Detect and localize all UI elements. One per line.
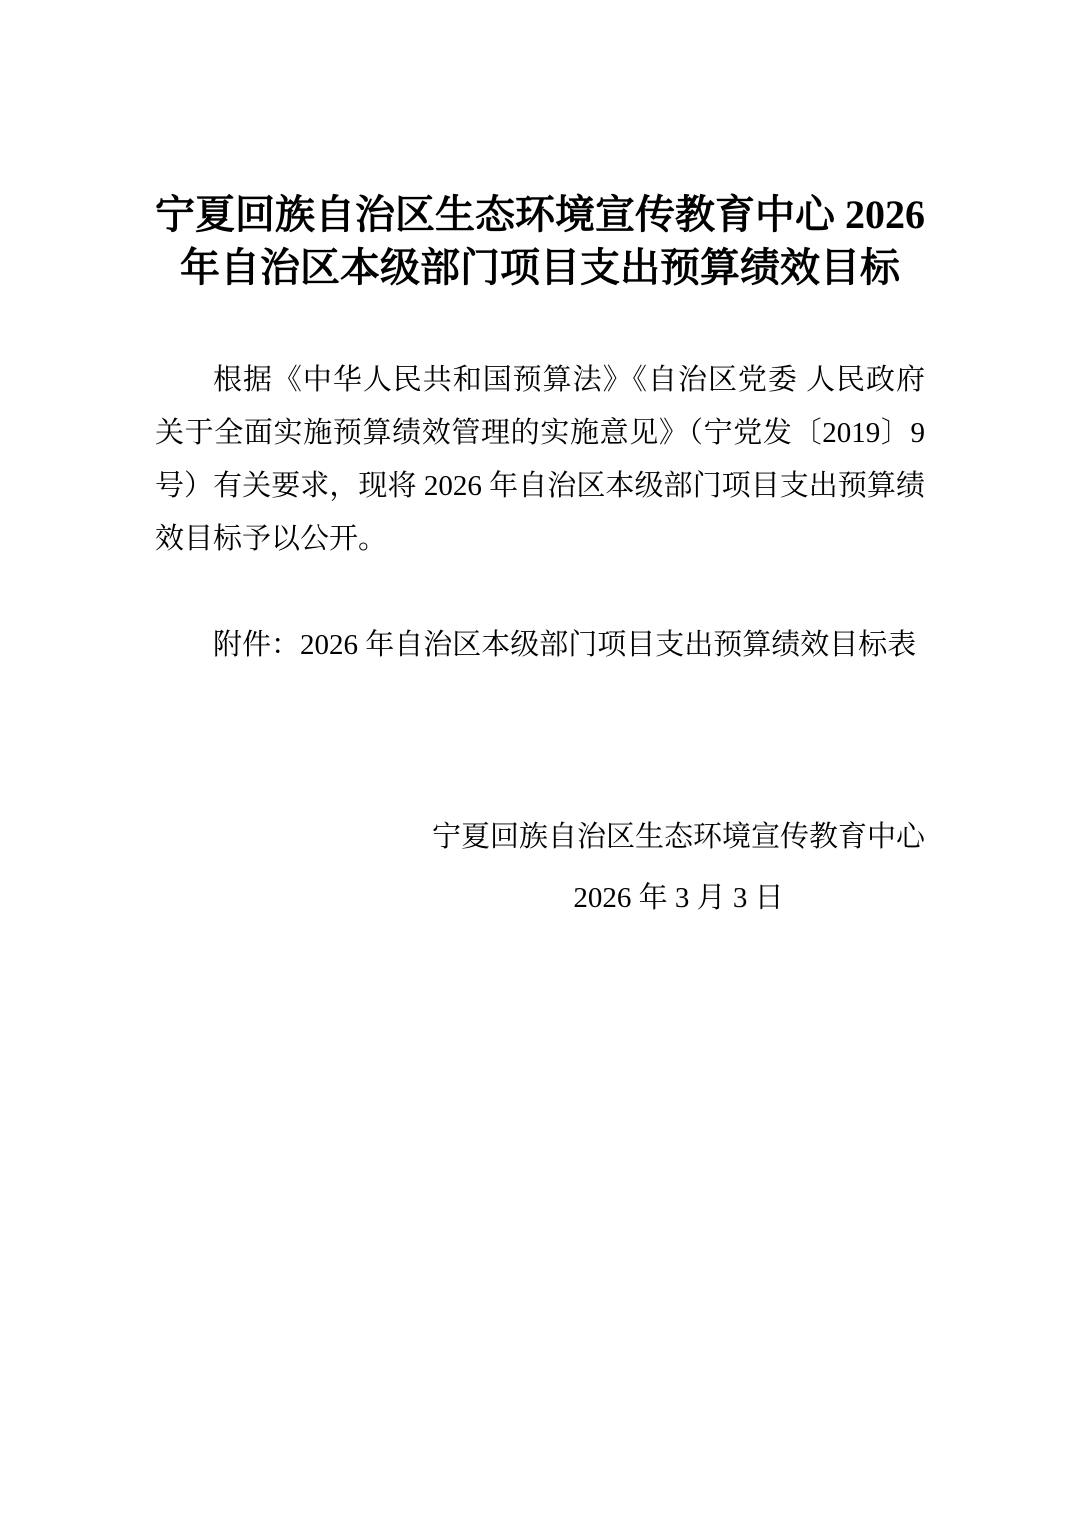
title-line-1: 宁夏回族自治区生态环境宣传教育中心 2026 [155,188,925,241]
signature-date: 2026 年 3 月 3 日 [432,872,925,925]
title-line-2: 年自治区本级部门项目支出预算绩效目标 [155,241,925,294]
body-paragraph: 根据《中华人民共和国预算法》《自治区党委 人民政府关于全面实施预算绩效管理的实施… [155,354,925,566]
signature-block: 宁夏回族自治区生态环境宣传教育中心 2026 年 3 月 3 日 [432,811,925,925]
document-page: 宁夏回族自治区生态环境宣传教育中心 2026 年自治区本级部门项目支出预算绩效目… [0,0,1074,1520]
signature-org: 宁夏回族自治区生态环境宣传教育中心 [432,811,925,864]
attachment-line: 附件：2026 年自治区本级部门项目支出预算绩效目标表 [155,619,925,672]
document-title: 宁夏回族自治区生态环境宣传教育中心 2026 年自治区本级部门项目支出预算绩效目… [155,0,925,294]
